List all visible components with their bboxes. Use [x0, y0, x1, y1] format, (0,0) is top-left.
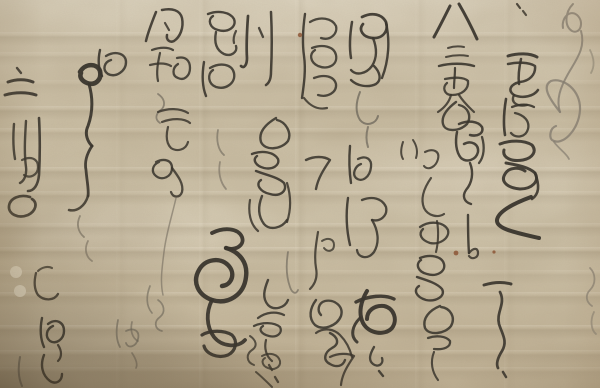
paper-grain-texture: [0, 0, 600, 388]
manuscript-photo: [0, 0, 600, 388]
calligraphy-svg: [0, 0, 600, 388]
